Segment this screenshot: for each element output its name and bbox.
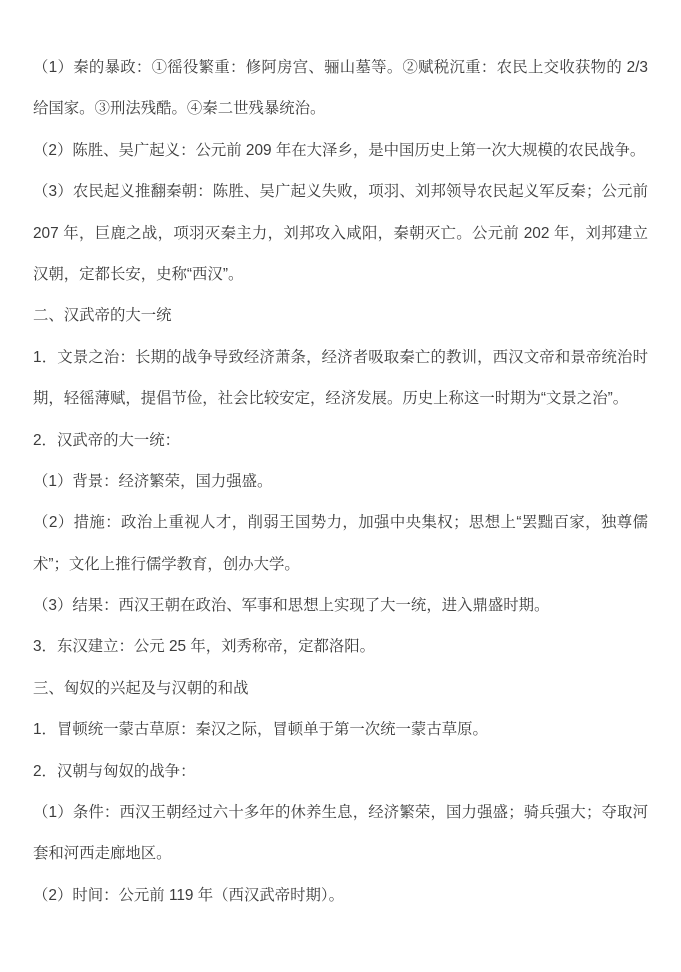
text-line: （2）时间：公元前 119 年（西汉武帝时期）。	[33, 875, 648, 916]
text-line: 2．汉武帝的大一统：	[33, 420, 648, 461]
text-line: （3）农民起义推翻秦朝：陈胜、吴广起义失败，项羽、刘邦领导农民起义军反秦；公元前	[33, 171, 648, 212]
text-line: 给国家。③刑法残酷。④秦二世残暴统治。	[33, 88, 648, 129]
text-line: 1．文景之治：长期的战争导致经济萧条，经济者吸取秦亡的教训，西汉文帝和景帝统治时	[33, 337, 648, 378]
document-page: （1）秦的暴政：①徭役繁重：修阿房宫、骊山墓等。②赋税沉重：农民上交收获物的 2…	[0, 0, 681, 972]
text-line: （3）结果：西汉王朝在政治、军事和思想上实现了大一统，进入鼎盛时期。	[33, 585, 648, 626]
text-line: （1）背景：经济繁荣，国力强盛。	[33, 461, 648, 502]
text-line: 期，轻徭薄赋，提倡节俭，社会比较安定，经济发展。历史上称这一时期为“文景之治”。	[33, 378, 648, 419]
text-line: （2）措施：政治上重视人才，削弱王国势力，加强中央集权；思想上“罢黜百家，独尊儒	[33, 502, 648, 543]
text-line: 1．冒顿统一蒙古草原：秦汉之际，冒顿单于第一次统一蒙古草原。	[33, 709, 648, 750]
text-line: 2．汉朝与匈奴的战争：	[33, 751, 648, 792]
section-heading: 三、匈奴的兴起及与汉朝的和战	[33, 668, 648, 709]
text-line: 术”；文化上推行儒学教育，创办大学。	[33, 544, 648, 585]
text-line: 套和河西走廊地区。	[33, 833, 648, 874]
text-line: （2）陈胜、吴广起义：公元前 209 年在大泽乡，是中国历史上第一次大规模的农民…	[33, 130, 648, 171]
text-line: 汉朝，定都长安，史称“西汉”。	[33, 254, 648, 295]
text-line: （1）条件：西汉王朝经过六十多年的休养生息，经济繁荣，国力强盛；骑兵强大；夺取河	[33, 792, 648, 833]
section-heading: 二、汉武帝的大一统	[33, 295, 648, 336]
text-line: 207 年，巨鹿之战，项羽灭秦主力，刘邦攻入咸阳，秦朝灭亡。公元前 202 年，…	[33, 213, 648, 254]
text-line: （1）秦的暴政：①徭役繁重：修阿房宫、骊山墓等。②赋税沉重：农民上交收获物的 2…	[33, 47, 648, 88]
text-line: 3．东汉建立：公元 25 年，刘秀称帝，定都洛阳。	[33, 626, 648, 667]
